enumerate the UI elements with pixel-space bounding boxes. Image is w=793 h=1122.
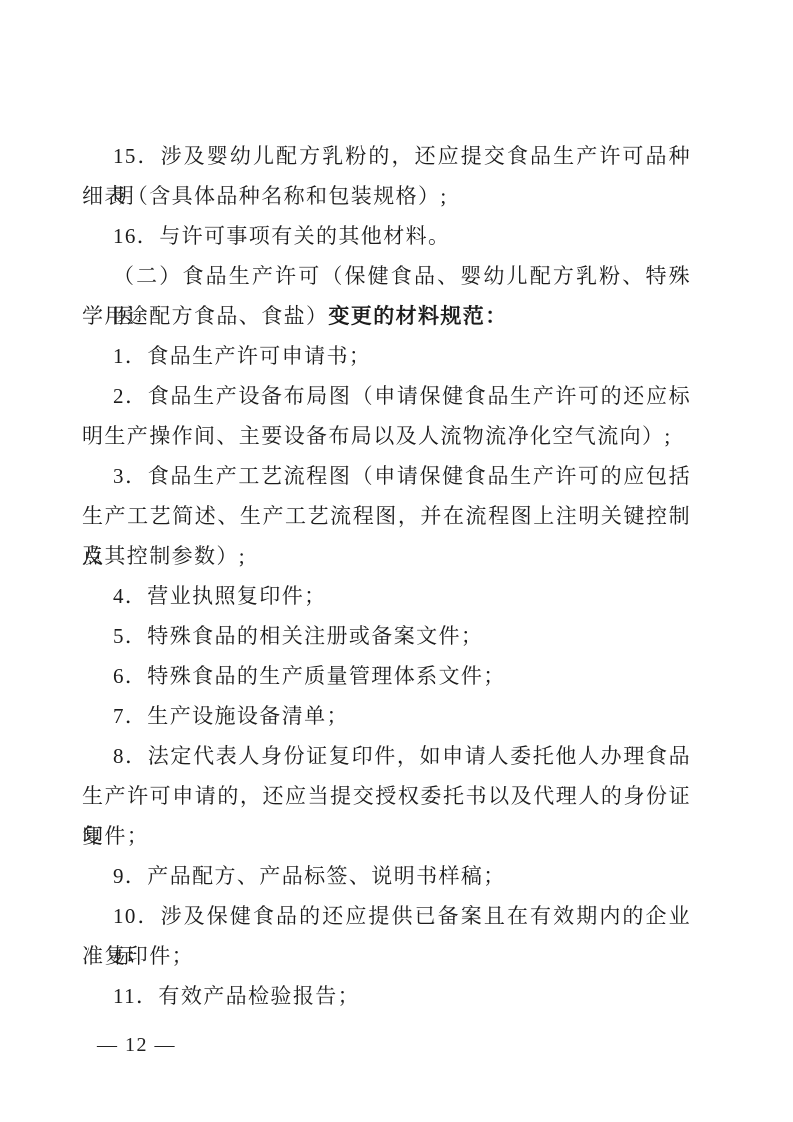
text-line: 准复印件； [82,936,691,976]
bold-text: 变更的材料规范： [328,304,507,328]
text-line: 及其控制参数）; [82,536,691,576]
text-line: 11．有效产品检验报告； [82,976,691,1016]
text-line: 3．食品生产工艺流程图（申请保健食品生产许可的应包括 [82,456,691,496]
text-line: 4．营业执照复印件； [82,576,691,616]
text-line: 9．产品配方、产品标签、说明书样稿； [82,856,691,896]
text-line: 1．食品生产许可申请书； [82,336,691,376]
text-line: 16．与许可事项有关的其他材料。 [82,216,691,256]
text-line: 学用途配方食品、食盐）变更的材料规范： [82,296,691,336]
text-line: （二）食品生产许可（保健食品、婴幼儿配方乳粉、特殊医 [82,256,691,296]
page-number: — 12 — [97,1025,176,1065]
text-line: 细表（含具体品种名称和包装规格）; [82,176,691,216]
text-line: 5．特殊食品的相关注册或备案文件； [82,616,691,656]
text-line: 生产工艺简述、生产工艺流程图，并在流程图上注明关键控制点 [82,496,691,536]
text-line: 2．食品生产设备布局图（申请保健食品生产许可的还应标 [82,376,691,416]
text-line: 8．法定代表人身份证复印件，如申请人委托他人办理食品 [82,736,691,776]
text-line: 15．涉及婴幼儿配方乳粉的，还应提交食品生产许可品种明 [82,136,691,176]
document-body: 15．涉及婴幼儿配方乳粉的，还应提交食品生产许可品种明细表（含具体品种名称和包装… [82,136,691,1016]
regular-text: 学用途配方食品、食盐） [82,304,328,328]
document-page: 15．涉及婴幼儿配方乳粉的，还应提交食品生产许可品种明细表（含具体品种名称和包装… [0,0,793,1122]
text-line: 印件； [82,816,691,856]
text-line: 6．特殊食品的生产质量管理体系文件； [82,656,691,696]
text-line: 生产许可申请的，还应当提交授权委托书以及代理人的身份证复 [82,776,691,816]
text-line: 明生产操作间、主要设备布局以及人流物流净化空气流向）; [82,416,691,456]
text-line: 7．生产设施设备清单； [82,696,691,736]
text-line: 10．涉及保健食品的还应提供已备案且在有效期内的企业标 [82,896,691,936]
